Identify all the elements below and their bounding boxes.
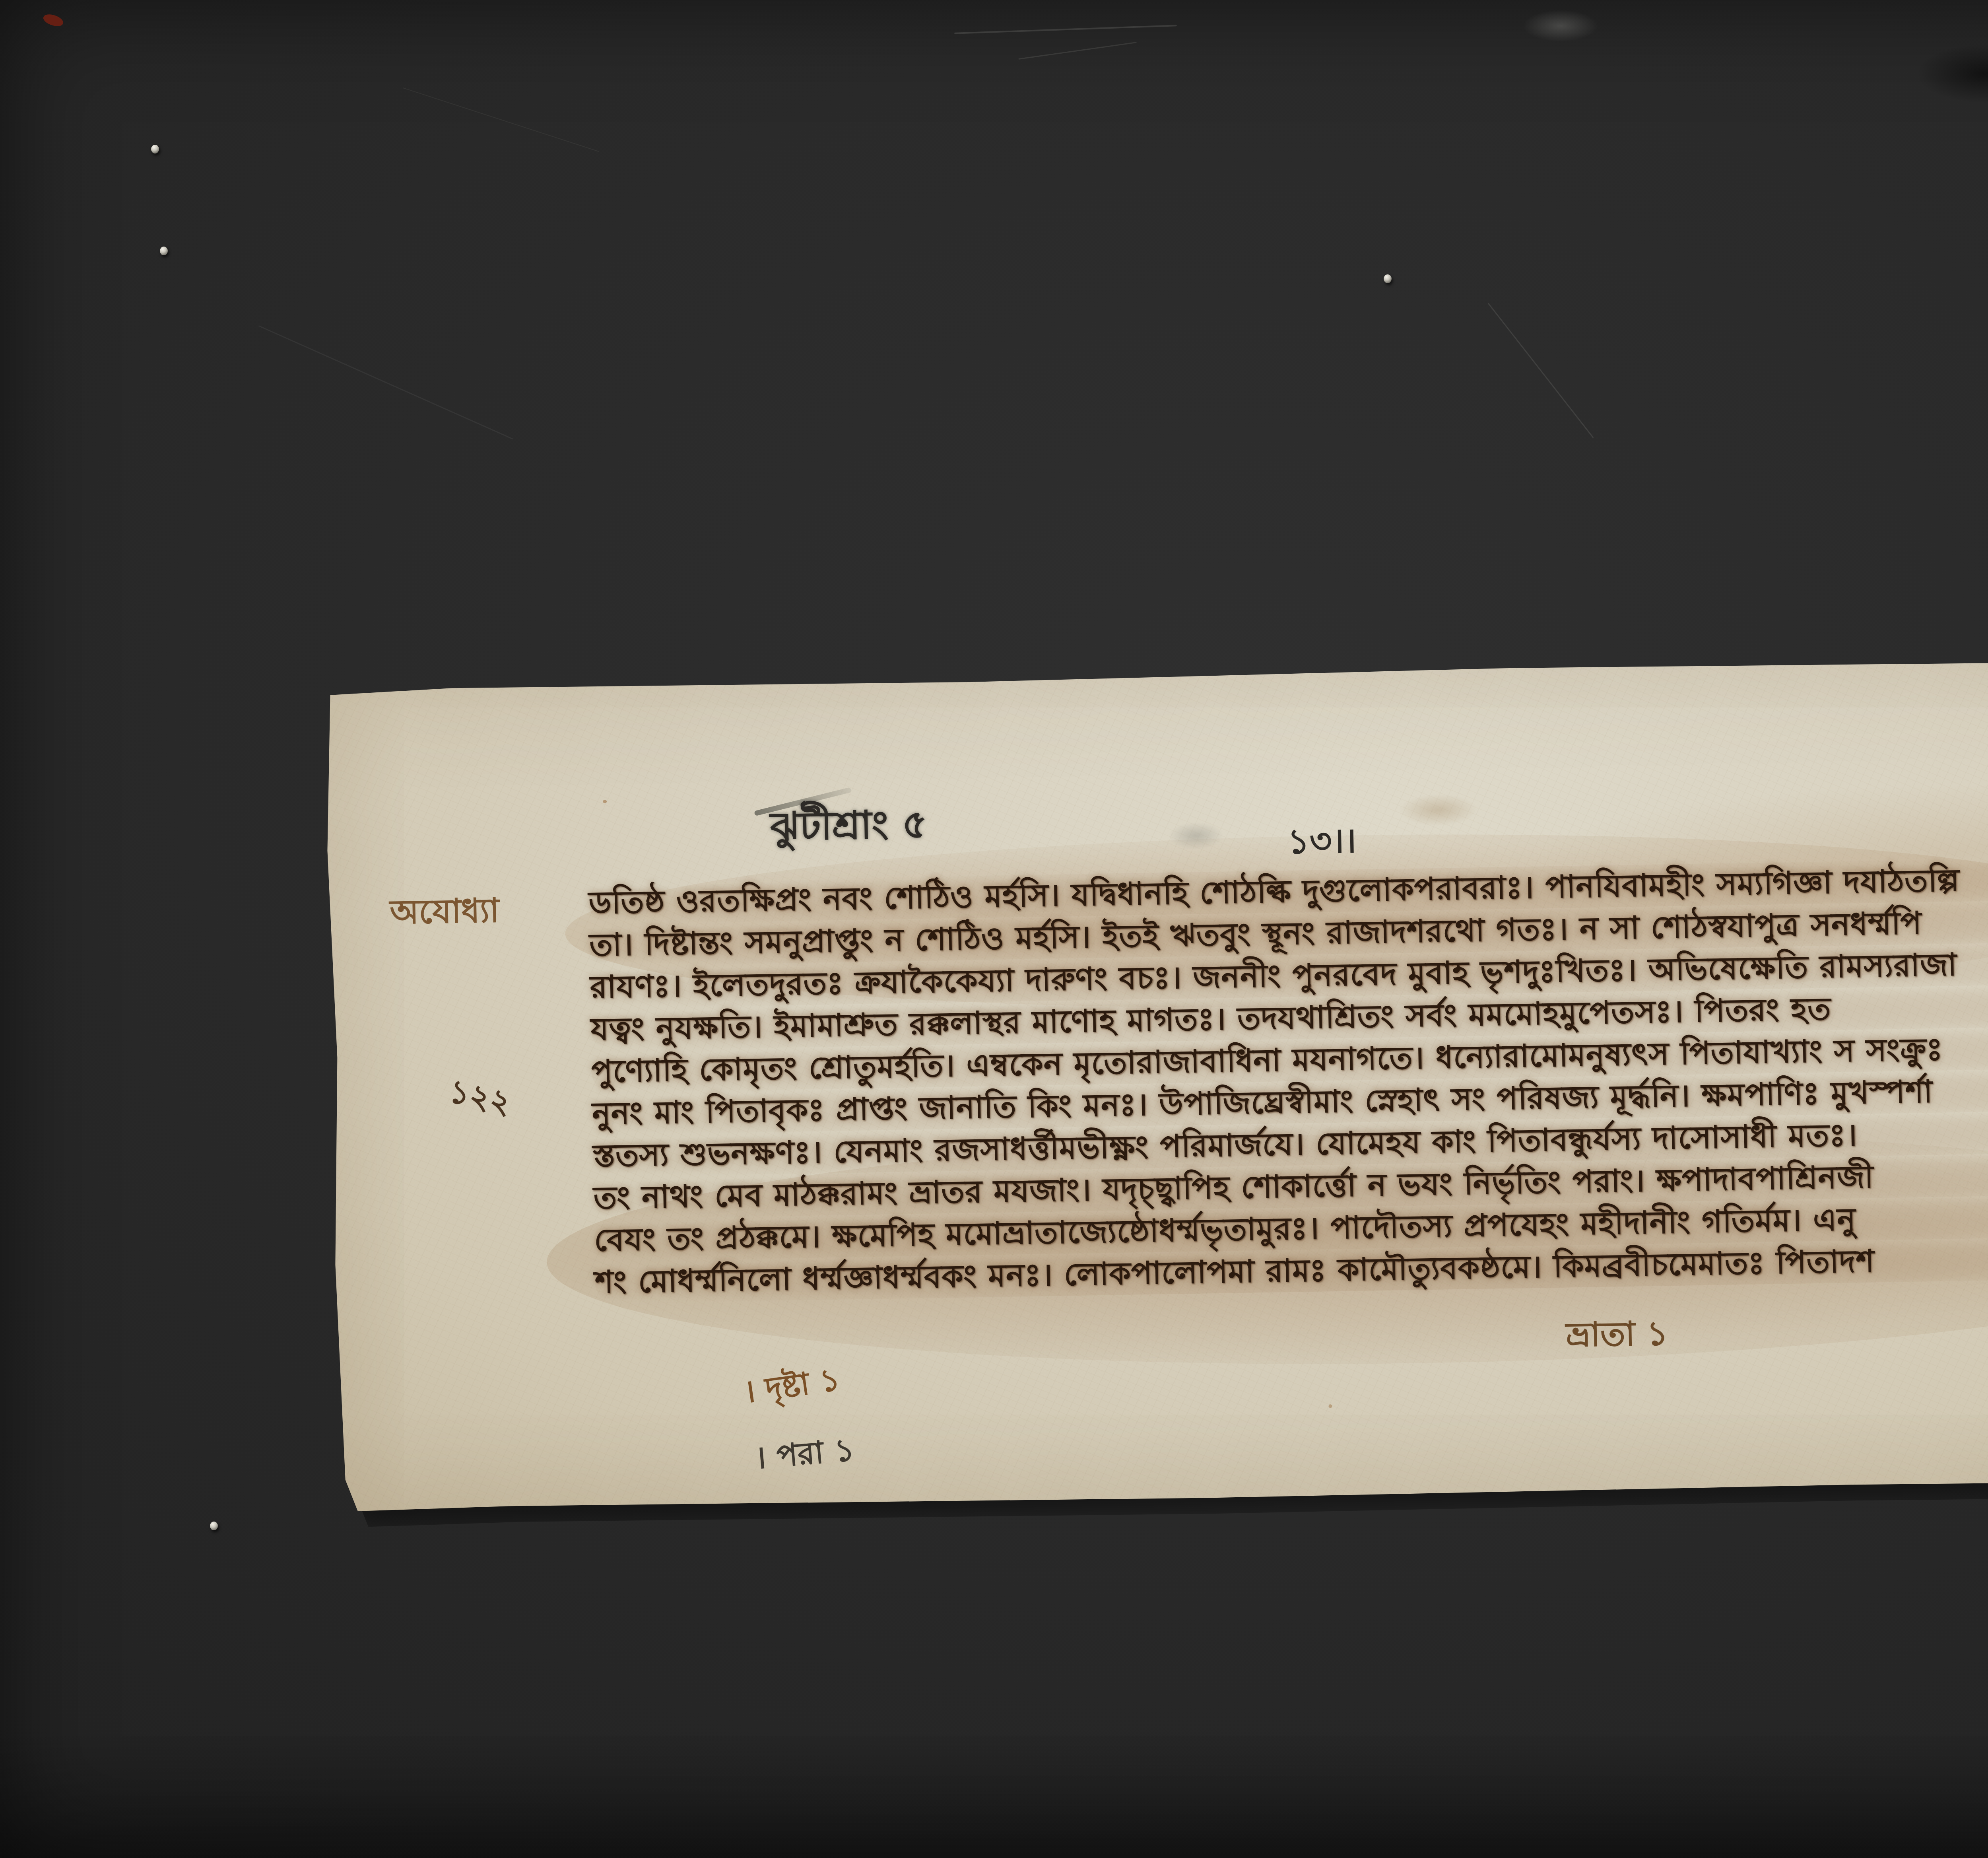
board-edge-shadow — [0, 1731, 1988, 1858]
gray-smudge — [1168, 822, 1224, 850]
rust-fleck — [1328, 1404, 1332, 1408]
bottom-note-drishta: । দৃষ্টা ১ — [741, 1355, 844, 1420]
board-scratch — [402, 87, 599, 152]
bottom-note-para: । পরা ১ — [753, 1426, 857, 1486]
folio-number-mark: ১৩।। — [1287, 814, 1357, 873]
board-scratch — [1018, 42, 1136, 60]
margin-note-ayodhya: অযোধ্যা — [390, 884, 500, 943]
margin-number-left: ১২২ — [444, 1067, 515, 1132]
board-smudge — [1916, 44, 1988, 103]
manuscript-text-block: ডতিষ্ঠ ওরতক্ষিপ্রং নবং শোঠিও মর্হসি। যদ্… — [588, 855, 1988, 1304]
manuscript-folio: ঝুটীশ্রাং ৫ ১৩।। অযোধ্যা ১২২ ২৩৭ ডতিষ্ঠ … — [322, 649, 1988, 1513]
board-scratch — [1487, 303, 1594, 438]
red-paint-fleck — [42, 12, 64, 29]
rust-fleck — [603, 800, 607, 803]
bottom-note-bhrata: ভ্রাতা ১ — [1566, 1307, 1669, 1365]
brown-smudge — [1398, 793, 1478, 826]
board-scratch — [258, 325, 513, 439]
board-smudge — [1523, 10, 1598, 42]
mount-pin — [160, 247, 168, 255]
header-chapter-mark: ঝুটীশ্রাং ৫ — [770, 795, 928, 862]
mount-pin — [151, 145, 159, 154]
board-scratch — [954, 25, 1177, 34]
mount-pin — [210, 1522, 218, 1530]
mount-pin — [1384, 274, 1392, 283]
